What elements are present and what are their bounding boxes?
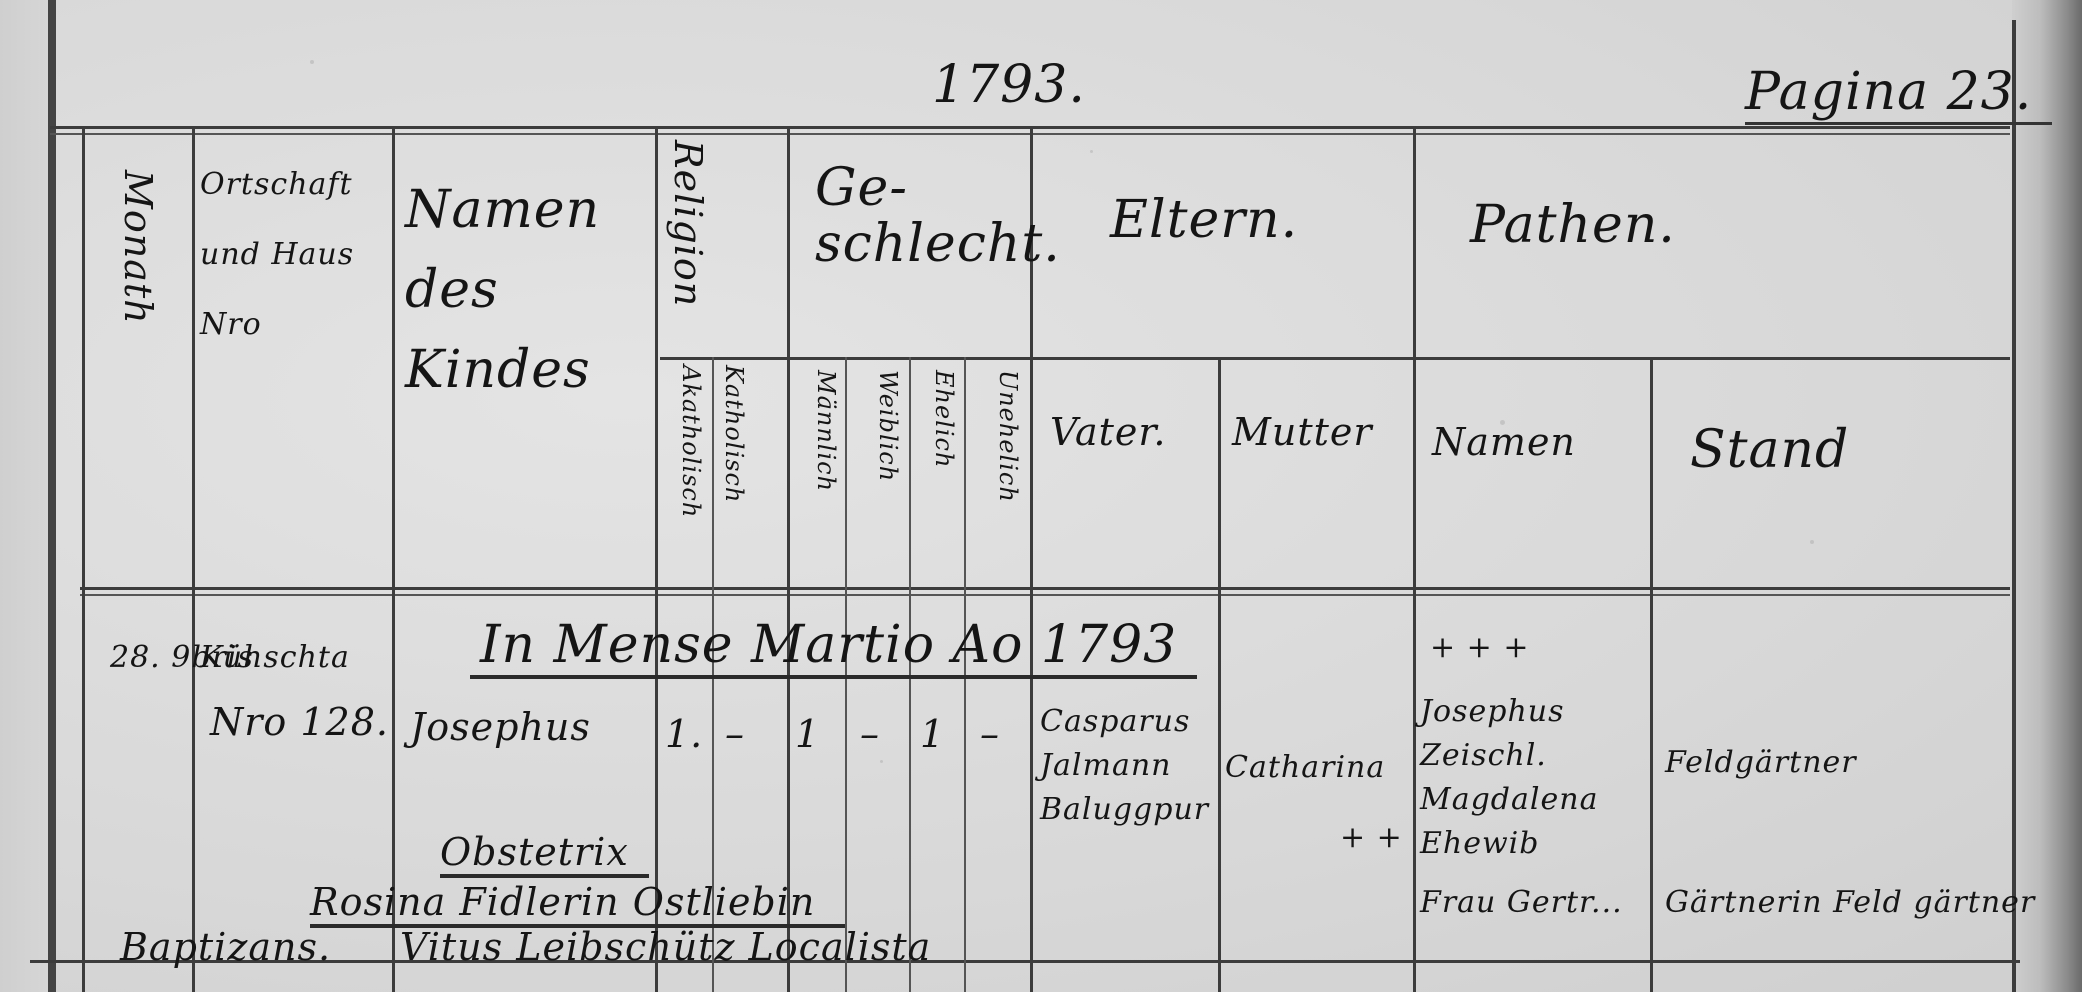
year-heading: 1793. [932, 55, 1086, 115]
header-geschlecht: Ge- schlecht. [815, 160, 1025, 272]
header-weiblich: Weiblich [874, 370, 902, 482]
obstetrix-name: Rosina Fidlerin Ostliebin [310, 880, 845, 928]
entry-religion-akatholisch: – [725, 712, 745, 756]
col-rule-eltern-right [1413, 126, 1416, 992]
header-unehelich: Unehelich [994, 370, 1022, 503]
entry-religion-katholisch: 1. [665, 712, 703, 756]
header-pathen-namen: Namen [1432, 420, 1576, 464]
register-page: 1793. Pagina 23. Monath Ortschaft und Ha… [0, 0, 2082, 992]
left-margin-previous-page [0, 0, 55, 992]
entry-house-number: Nro 128. [210, 700, 389, 744]
paper-speck [1090, 150, 1093, 153]
col-rule-namen-right [655, 126, 658, 992]
entry-mutter: Catharina [1225, 750, 1385, 785]
header-pathen-stand: Stand [1690, 420, 1849, 480]
subheader-rule [660, 357, 2010, 360]
col-rule-monat-left [82, 126, 85, 992]
entry-crosses-top: + + + [1430, 630, 1529, 665]
header-bottom-rule [80, 587, 2010, 590]
header-eltern: Eltern. [1110, 190, 1298, 250]
header-religion: Religion [666, 140, 710, 307]
col-rule-religion-right [787, 126, 790, 992]
header-mutter: Mutter [1232, 410, 1373, 454]
entry-child-name: Josephus [410, 705, 591, 749]
col-rule-pathen-name-right [1650, 357, 1653, 992]
header-religion-akatholisch: Akatholisch [677, 365, 705, 518]
col-rule-right-border [2012, 20, 2016, 992]
col-rule-ortschaft-right [392, 126, 395, 992]
header-pathen: Pathen. [1470, 195, 1676, 255]
section-heading-month: In Mense Martio Ao 1793 [470, 615, 1197, 679]
header-bottom-rule-double [80, 594, 2010, 596]
header-maennlich: Männlich [812, 370, 840, 492]
entry-pathe-name: Josephus Zeischl. Magdalena Ehewib [1420, 690, 1640, 866]
paper-speck [310, 60, 314, 64]
entry-pathe-name-2: Frau Gertr... [1420, 885, 1623, 920]
entry-ehelich: 1 [920, 712, 945, 756]
entry-crosses-mid: + + [1340, 820, 1403, 855]
header-ortschaft: Ortschaft und Haus Nro [200, 150, 385, 360]
left-binding-rule [48, 0, 56, 992]
paper-speck [1810, 540, 1814, 544]
obstetrix-label: Obstetrix [440, 830, 649, 878]
col-rule-monat-right [192, 126, 195, 992]
entry-vater: Casparus Jalmann Baluggpur [1040, 700, 1215, 832]
col-rule-vater-right [1218, 357, 1221, 992]
page-number-label: Pagina 23. [1745, 62, 2052, 125]
baptizans-label: Baptizans. [120, 925, 331, 969]
baptizans-name: Vitus Leibschütz Localista [400, 925, 931, 969]
entry-weiblich: – [860, 712, 880, 756]
entry-unehelich: – [980, 712, 1000, 756]
entry-maennlich: 1 [795, 712, 820, 756]
header-ehelich: Ehelich [930, 370, 958, 468]
entry-ortschaft: Kühschta [200, 640, 350, 675]
header-vater: Vater. [1050, 410, 1166, 454]
header-religion-katholisch: Katholisch [720, 365, 748, 503]
paper-speck [880, 760, 883, 763]
header-monat: Monath [116, 170, 160, 325]
book-gutter [2012, 0, 2082, 992]
entry-pathe-stand: Feldgärtner [1665, 745, 1857, 780]
header-namen-kindes: Namen des Kindes [405, 170, 645, 410]
entry-pathe-stand-2: Gärtnerin Feld gärtner [1665, 885, 2035, 920]
